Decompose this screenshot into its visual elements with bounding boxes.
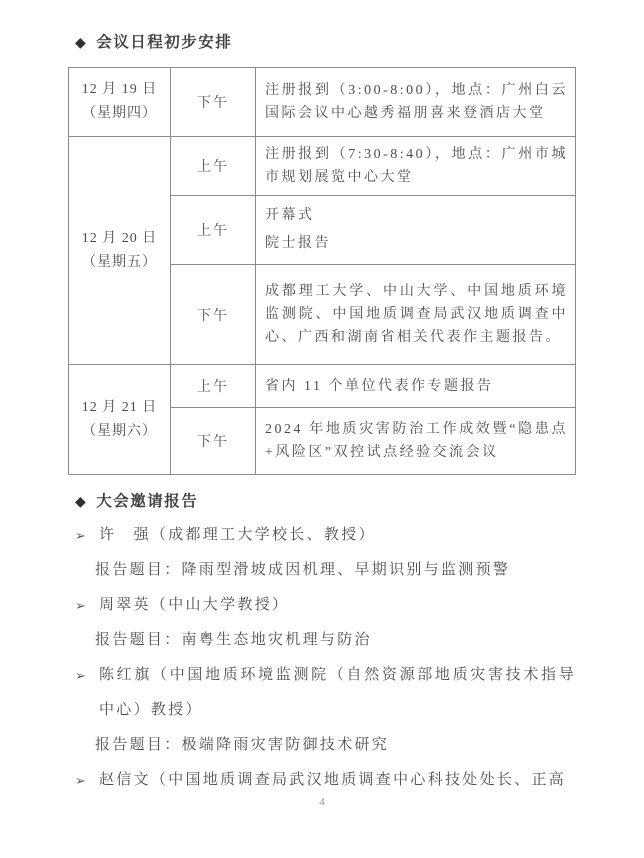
speaker-line: 周翠英（中山大学教授） [99, 588, 576, 623]
arrow-bullet-icon: ➢ [75, 763, 86, 798]
arrow-bullet-icon: ➢ [75, 518, 86, 553]
reports-heading-text: 大会邀请报告 [96, 493, 198, 510]
session-cell: 省内 11 个单位代表作专题报告 [256, 365, 576, 408]
diamond-icon: ◆ [75, 36, 87, 51]
time-cell: 下午 [171, 68, 256, 137]
schedule-table: 12 月 19 日 （星期四） 下午 注册报到（3:00-8:00），地点：广州… [68, 67, 576, 475]
session-cell: 注册报到（7:30-8:40），地点：广州市城市规划展览中心大堂 [256, 137, 576, 196]
session-cell: 注册报到（3:00-8:00），地点：广州白云国际会议中心越秀福朋喜来登酒店大堂 [256, 68, 576, 137]
date-cell-dec21: 12 月 21 日 （星期六） [69, 365, 171, 475]
speaker-line: 赵信文（中国地质调查局武汉地质调查中心科技处处长、正高 [99, 763, 576, 798]
page-number: 4 [0, 796, 644, 808]
time-cell: 下午 [171, 408, 256, 475]
page-content: ◆会议日程初步安排 12 月 19 日 （星期四） 下午 注册报到（3:00-8… [0, 0, 644, 798]
report-item: ➢ 许 强（成都理工大学校长、教授） 报告题目：降雨型滑坡成因机理、早期识别与监… [75, 518, 576, 588]
topic-line: 报告题目：极端降雨灾害防御技术研究 [95, 728, 576, 763]
time-cell: 上午 [171, 137, 256, 196]
time-cell: 上午 [171, 196, 256, 265]
document-page: ◆会议日程初步安排 12 月 19 日 （星期四） 下午 注册报到（3:00-8… [0, 0, 644, 858]
time-cell: 上午 [171, 365, 256, 408]
speaker-line: 许 强（成都理工大学校长、教授） [99, 518, 576, 553]
date-cell-dec20: 12 月 20 日 （星期五） [69, 137, 171, 365]
reports-section-heading: ◆大会邀请报告 [75, 492, 576, 513]
arrow-bullet-icon: ➢ [75, 588, 86, 623]
report-item: ➢ 赵信文（中国地质调查局武汉地质调查中心科技处处长、正高 [75, 763, 576, 798]
table-row: 12 月 19 日 （星期四） 下午 注册报到（3:00-8:00），地点：广州… [69, 68, 576, 137]
time-cell: 下午 [171, 265, 256, 365]
schedule-section-heading: ◆会议日程初步安排 [75, 33, 576, 54]
session-cell: 成都理工大学、中山大学、中国地质环境监测院、中国地质调查局武汉地质调查中心、广西… [256, 265, 576, 365]
diamond-icon: ◆ [75, 495, 87, 510]
table-row: 12 月 21 日 （星期六） 上午 省内 11 个单位代表作专题报告 [69, 365, 576, 408]
topic-line: 报告题目：南粤生态地灾机理与防治 [95, 623, 576, 658]
report-list: ➢ 许 强（成都理工大学校长、教授） 报告题目：降雨型滑坡成因机理、早期识别与监… [75, 518, 576, 798]
session-cell: 2024 年地质灾害防治工作成效暨“隐患点+风险区”双控试点经验交流会议 [256, 408, 576, 475]
report-item: ➢ 陈红旗（中国地质环境监测院（自然资源部地质灾害技术指导中心）教授） 报告题目… [75, 658, 576, 763]
speaker-line: 陈红旗（中国地质环境监测院（自然资源部地质灾害技术指导中心）教授） [99, 658, 576, 728]
table-row: 12 月 20 日 （星期五） 上午 注册报到（7:30-8:40），地点：广州… [69, 137, 576, 196]
schedule-heading-text: 会议日程初步安排 [96, 34, 232, 51]
date-cell-dec19: 12 月 19 日 （星期四） [69, 68, 171, 137]
session-cell: 开幕式 院士报告 [256, 196, 576, 265]
arrow-bullet-icon: ➢ [75, 658, 86, 693]
report-item: ➢ 周翠英（中山大学教授） 报告题目：南粤生态地灾机理与防治 [75, 588, 576, 658]
topic-line: 报告题目：降雨型滑坡成因机理、早期识别与监测预警 [95, 553, 576, 588]
